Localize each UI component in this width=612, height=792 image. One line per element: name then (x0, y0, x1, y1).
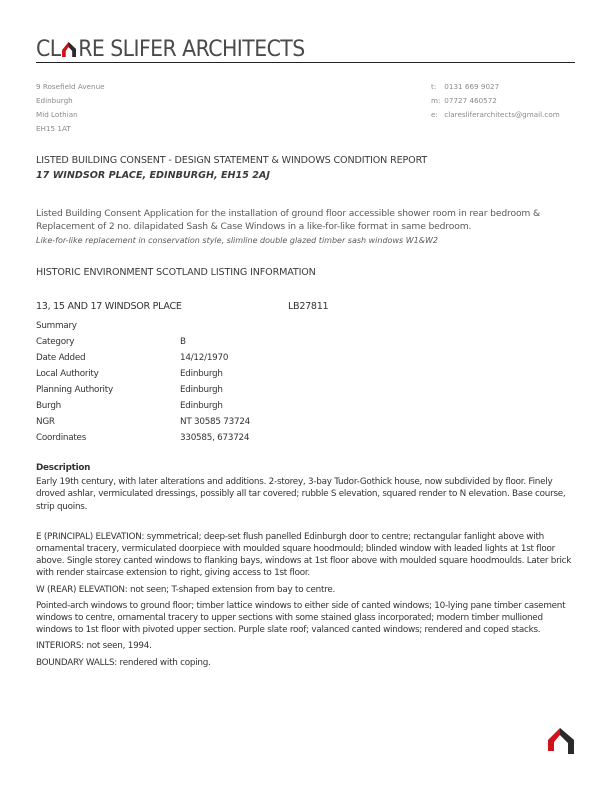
fact-row: Planning AuthorityEdinburgh (36, 382, 250, 398)
listing-heading: HISTORIC ENVIRONMENT SCOTLAND LISTING IN… (36, 267, 316, 278)
fact-key: NGR (36, 414, 180, 430)
phone-label: t: (431, 80, 442, 94)
application-note: Like-for-like replacement in conservatio… (36, 236, 438, 245)
brand-text-start: CL (36, 37, 61, 62)
fact-key: Burgh (36, 398, 180, 414)
fact-key: Category (36, 334, 180, 350)
header-rule (36, 62, 575, 63)
application-summary: Listed Building Consent Application for … (36, 208, 576, 233)
fact-value: 330585, 673724 (180, 433, 249, 443)
fact-key: Planning Authority (36, 382, 180, 398)
description-paragraph: BOUNDARY WALLS: rendered with coping. (36, 657, 576, 669)
fact-row: Local AuthorityEdinburgh (36, 366, 250, 382)
house-roof-icon (62, 38, 78, 56)
mobile-label: m: (431, 94, 442, 108)
fact-row: BurghEdinburgh (36, 398, 250, 414)
fact-row: CategoryB (36, 334, 250, 350)
address-line: 9 Rosefield Avenue (36, 80, 105, 94)
description-paragraph: INTERIORS: not seen, 1994. (36, 640, 576, 652)
address-line: EH15 1AT (36, 122, 105, 136)
address-line: Edinburgh (36, 94, 105, 108)
contact-block: t: 0131 669 9027 m: 07727 460572 e: clar… (431, 80, 560, 122)
listing-facts: Summary CategoryB Date Added14/12/1970 L… (36, 318, 250, 446)
address-block: 9 Rosefield Avenue Edinburgh Mid Lothian… (36, 80, 105, 136)
fact-key: Coordinates (36, 430, 180, 446)
listing-reference: LB27811 (288, 301, 328, 312)
description-heading: Description (36, 462, 576, 474)
fact-row: Date Added14/12/1970 (36, 350, 250, 366)
description-section: Description Early 19th century, with lat… (36, 462, 576, 673)
listing-name: 13, 15 AND 17 WINDSOR PLACE (36, 301, 182, 312)
fact-value: Edinburgh (180, 385, 223, 395)
description-paragraph: W (REAR) ELEVATION: not seen; T-shaped e… (36, 584, 576, 596)
description-paragraph: Early 19th century, with later alteratio… (36, 476, 576, 513)
fact-value: NT 30585 73724 (180, 417, 250, 427)
fact-row: NGRNT 30585 73724 (36, 414, 250, 430)
report-subtitle: 17 WINDSOR PLACE, EDINBURGH, EH15 2AJ (36, 170, 270, 181)
phone-number: 0131 669 9027 (444, 82, 499, 91)
fact-key: Date Added (36, 350, 180, 366)
fact-row: Summary (36, 318, 250, 334)
fact-value: B (180, 337, 186, 347)
phone-row: t: 0131 669 9027 (431, 80, 560, 94)
brand-text-end: RE SLIFER ARCHITECTS (78, 37, 304, 62)
email-row: e: clareslifer​architects@gmail.com (431, 108, 560, 122)
house-roof-icon (546, 726, 576, 756)
fact-value: 14/12/1970 (180, 353, 228, 363)
mobile-number: 07727 460572 (444, 96, 497, 105)
mobile-row: m: 07727 460572 (431, 94, 560, 108)
fact-row: Coordinates330585, 673724 (36, 430, 250, 446)
fact-key: Summary (36, 318, 180, 334)
report-title: LISTED BUILDING CONSENT - DESIGN STATEME… (36, 155, 427, 166)
description-paragraph: E (PRINCIPAL) ELEVATION: symmetrical; de… (36, 531, 576, 580)
email-address[interactable]: clareslifer​architects@gmail.com (444, 110, 559, 119)
company-name: CLRE SLIFER ARCHITECTS (36, 36, 305, 64)
fact-value: Edinburgh (180, 369, 223, 379)
fact-key: Local Authority (36, 366, 180, 382)
address-line: Mid Lothian (36, 108, 105, 122)
email-label: e: (431, 108, 442, 122)
description-paragraph: Pointed-arch windows to ground floor; ti… (36, 600, 576, 637)
fact-value: Edinburgh (180, 401, 223, 411)
